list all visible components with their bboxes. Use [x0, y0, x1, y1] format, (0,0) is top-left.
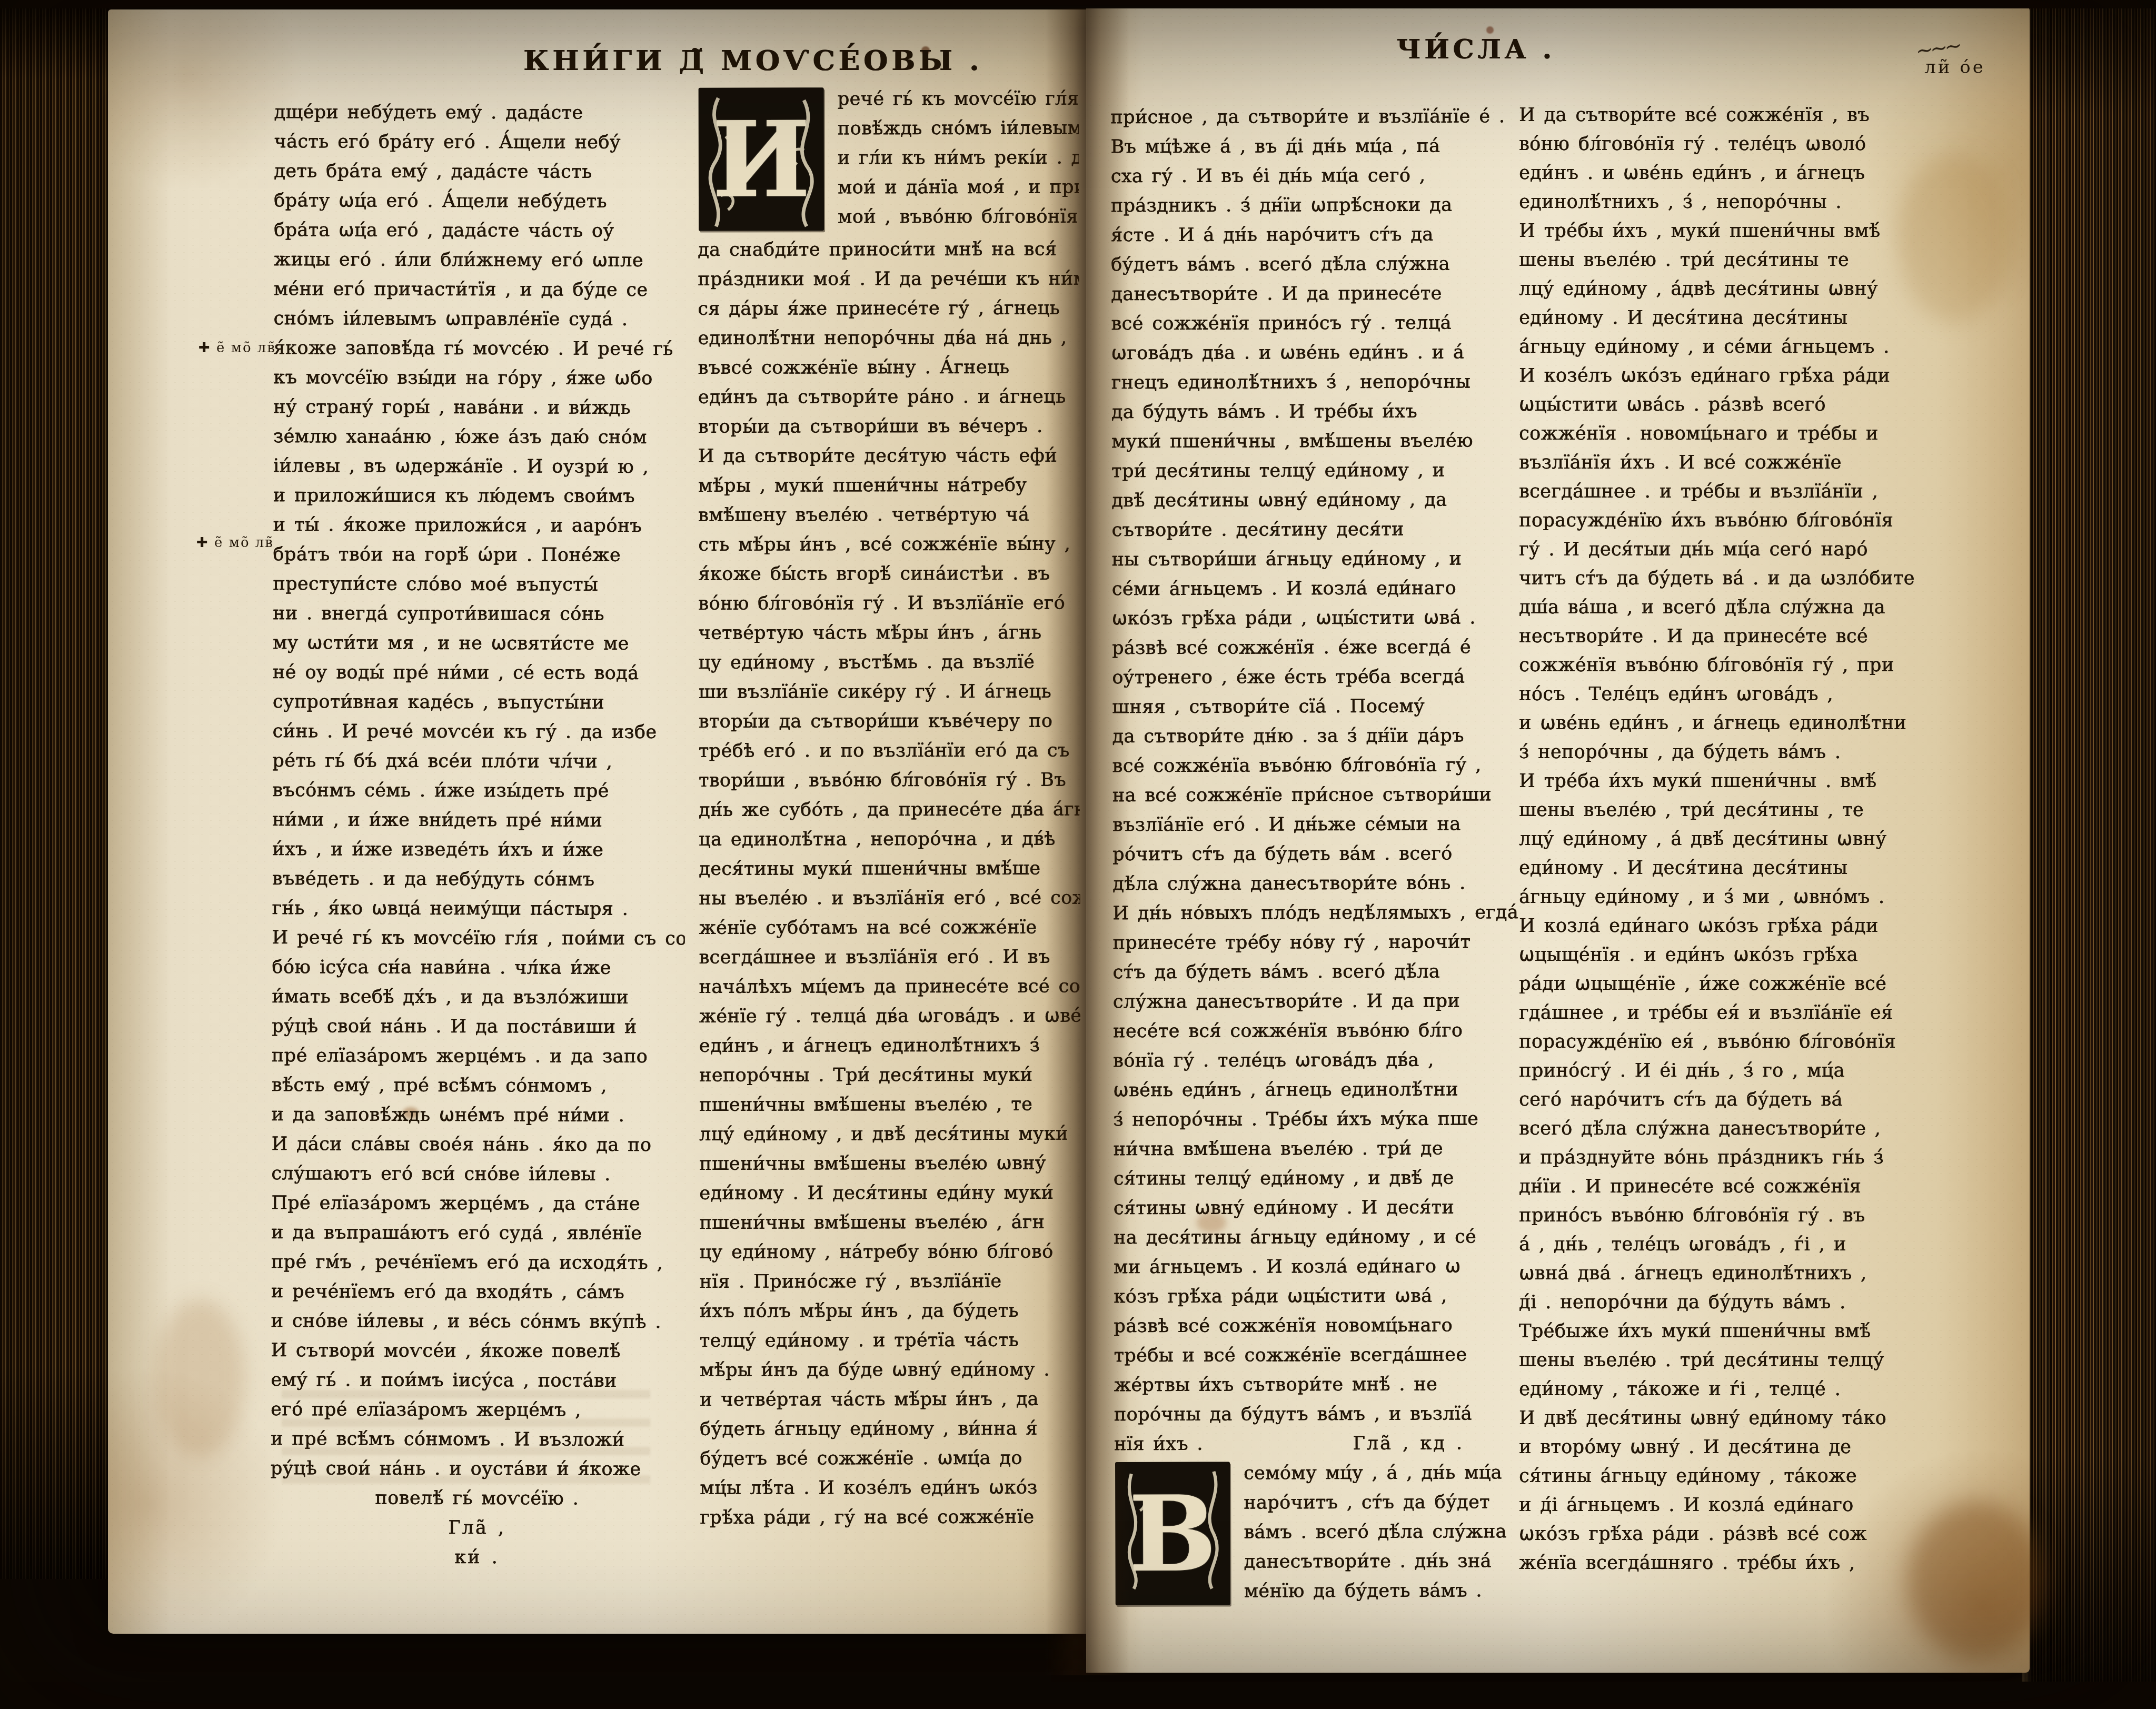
decorated-initial: И	[699, 87, 824, 231]
text-line: дн́ь же субо́ть , да принесе́те дв́а а́г…	[699, 794, 1080, 824]
background-band-bottom	[0, 1682, 2156, 1709]
text-line: еди́ному . И деся́тина деся́тины	[1519, 854, 1934, 883]
text-line: ра́ди ѡцыще́нїе , и́же сожже́нїе все́	[1519, 970, 1934, 999]
text-line: И козе́лъ ѡко́зъ еди́наго грѣ́ха ра́ди	[1519, 362, 1934, 391]
text-line: въвсе́ сожже́нїе вы́ну . А́гнець	[698, 352, 1079, 382]
text-line: да бу́дуть ва́мъ . И тре́бы и́хъ	[1111, 396, 1519, 427]
text-line: мѣ́ры , муки́ пшени́чны на́требу	[698, 470, 1079, 500]
chapter-number: ки́ .	[270, 1542, 683, 1573]
pre-chapter-text: нїя и́хъ .	[1114, 1429, 1203, 1459]
text-line: мои́ , въво́ню бл́гово́нїя ,	[838, 202, 1079, 232]
text-line: прино́съ въво́ню бл́гово́нїя гу́ . въ	[1519, 1201, 1934, 1230]
text-line: И тре́бы и́хъ , муки́ пшени́чны вмѣ́	[1519, 217, 1934, 246]
text-line: му ѡсти́ти мя , и не ѡсвяти́сте ме	[273, 628, 685, 659]
text-line: двѣ́ деся́тины ѡвну́ еди́ному , да	[1111, 485, 1519, 515]
text-line: еди́ному . И деся́тина деся́тины	[1519, 304, 1934, 333]
text-line: же́нїа всегда́шняго . тре́бы и́хъ ,	[1519, 1549, 1934, 1578]
text-line: всего́ дѣ́ла слу́жна данесътвори́те ,	[1519, 1115, 1934, 1144]
text-line: пре́ елїаза́ромъ жерце́мъ . и да запо	[272, 1041, 684, 1071]
text-line: прино́сгу́ . И е́і дн́ь , з́ го , мц́а	[1519, 1057, 1934, 1086]
text-line: И сътвори́ моѵсе́и , я́коже повелѣ́	[271, 1336, 683, 1366]
text-line: читъ ст́ъ да бу́деть ва́ . и да ѡзло́бит…	[1519, 564, 1934, 593]
text-line: же́нїе субо́тамъ на все́ сожже́нїе	[699, 912, 1080, 942]
text-line: сего́ наро́читъ ст́ъ да бу́деть ва́	[1519, 1086, 1934, 1115]
text-lines: семо́му мц́у , а́ , дн́ь мц́анаро́читъ ,…	[1244, 1458, 1522, 1606]
text-lines: рече́ гь́ къ моѵсе́їю гл́я , заповѣ́ждь …	[838, 84, 1079, 232]
text-line: и ѡве́нь еди́нъ , и а́гнець единолѣ́тни	[1519, 709, 1934, 738]
text-line: и пре́ всѣ́мъ со́нмомъ . И възложи́	[271, 1424, 683, 1455]
text-line: ны въеле́ю . и възлїа́нїя его́ , все́ со…	[699, 883, 1080, 913]
text-line: мѣ́ры и́нъ да бу́де ѡвну́ еди́ному .	[700, 1355, 1081, 1385]
text-line: я́коже бы́сть вгорѣ́ сина́истѣи . въ	[698, 559, 1079, 589]
text-line: ва́мъ . всего́ дѣ́ла слу́жна	[1244, 1517, 1522, 1547]
text-line: поро́чны да бу́дутъ ва́мъ , и възлїа́	[1114, 1399, 1522, 1429]
text-line: и пра́зднуйте во́нь пра́здникъ гн́ь з́	[1519, 1144, 1934, 1173]
text-line: И тре́ба и́хъ муки́ пшени́чны . вмѣ́	[1519, 767, 1934, 796]
text-column-left-1: дще́ри небу́деть ему́ . дада́стеча́сть е…	[270, 97, 687, 1573]
text-line: ему́ гь́ . и пои́мъ іису́са , поста́ви	[271, 1365, 683, 1396]
text-line: лцу́ еди́ному , а́ двѣ́ деся́тины ѡвну́	[1519, 825, 1934, 854]
text-line: ре́ть гь́ бъ́ дха́ все́и пло́ти чл́чи ,	[272, 746, 685, 777]
text-line: пшени́чны вмѣ́шены въеле́ю , а́гн	[699, 1207, 1080, 1237]
text-line: сно́мъ іи́левымъ ѡправле́нїе суда́ .	[273, 304, 686, 334]
text-line: и четве́ртая ча́сть мѣ́ры и́нъ , да	[700, 1384, 1081, 1414]
text-line: телцу́ еди́ному . и тре́тїа ча́сть	[700, 1325, 1081, 1355]
text-line: гнецъ единолѣ́тнихъ з́ , непоро́чны	[1111, 367, 1519, 398]
text-line: вторы́и да сътвори́ши въ ве́черъ .	[698, 411, 1079, 441]
text-line: да снабди́те приноси́ти мнѣ́ на вся́	[698, 234, 1079, 264]
text-line: бо́ю ісу́са сн́а нави́на . чл́ка и́же	[272, 952, 684, 983]
text-line: шняя , сътвори́те сїа́ . Посему́	[1112, 691, 1519, 722]
text-line: лцу́ еди́ному , и двѣ́ деся́тины муки́	[699, 1119, 1080, 1149]
text-line: дѣ́ла слу́жна данесътвори́те во́нь .	[1112, 868, 1520, 899]
text-line: и да заповѣ́ждь ѡне́мъ пре́ ни́ми .	[272, 1100, 684, 1130]
text-line: да сътвори́те дн́ю . за з́ дн́їи да́ръ	[1112, 721, 1519, 751]
text-line: несе́те вся́ сожже́нїя въво́ню бл́го	[1113, 1016, 1521, 1046]
text-line: ру́цѣ свои́ на́нь . и оуста́ви и́ я́коже	[271, 1454, 683, 1484]
page-edges-right	[2022, 0, 2156, 1687]
text-line: И рече́ гь́ къ моѵсе́їю гл́я , пои́ми съ…	[272, 923, 684, 953]
text-line: рече́ гь́ къ моѵсе́їю гл́я , за	[838, 84, 1079, 114]
text-line: цу еди́ному , въстѣ́мь . да възлїе́	[698, 647, 1079, 677]
text-line: все́ сожже́нїа въво́ню бл́гово́нїа гу́ ,	[1112, 750, 1519, 781]
text-line: супроти́вная каде́сь , въпусты́ни	[273, 687, 685, 718]
text-line: и приложи́шися къ лю́демъ свои́мъ	[273, 481, 686, 511]
text-line: къ моѵсе́їю взы́ди на го́ру , я́же ѡбо	[273, 363, 686, 393]
folio-mark: ли̃ о́е	[1897, 57, 2013, 78]
text-line: вторы́и да сътвори́ши къве́черу по	[699, 706, 1080, 736]
text-line: во́нїа гу́ . теле́цъ ѡгова́дъ дв́а ,	[1113, 1045, 1521, 1076]
text-line: четве́ртую ча́сть мѣ́ры и́нъ , а́гнь	[698, 618, 1079, 648]
text-line: ра́звѣ все́ сожже́нїя новомц́ьнаго	[1114, 1310, 1521, 1341]
text-line: три́ деся́тины телцу́ еди́ному , и	[1111, 455, 1519, 486]
text-line: И да́си сла́вы свое́я на́нь . я́ко да по	[271, 1129, 684, 1160]
text-line: д́і . непоро́чни да бу́дуть ва́мъ .	[1519, 1288, 1934, 1317]
text-line: тре́бы и все́ сожже́нїе всегда́шнее	[1114, 1340, 1521, 1370]
text-line: ро́читъ ст́ъ да бу́деть ва́м . всего́	[1112, 839, 1520, 869]
text-line: сха гу́ . И въ е́і дн́ь мц́а сего́ ,	[1111, 161, 1518, 191]
text-line: всегда́шнее . и тре́бы и възлїа́нїи ,	[1519, 478, 1934, 506]
text-line: възлїа́нїя и́хъ . И все́ сожже́нїе	[1519, 449, 1934, 478]
text-line: наро́читъ , ст́ъ да бу́дет	[1244, 1487, 1522, 1517]
text-line: при́сное , да сътвори́те и възлїа́нїе е́…	[1110, 102, 1518, 132]
text-line: въве́деть . и да небу́дуть со́нмъ	[272, 864, 685, 895]
paper-stain	[155, 1299, 245, 1457]
text-line: единолѣ́тнихъ , з́ , непоро́чны .	[1519, 188, 1934, 217]
text-line: на деся́тины а́гньцу еди́ному , и се́	[1114, 1222, 1521, 1253]
text-column-right-1: при́сное , да сътвори́те и възлїа́нїе е́…	[1110, 102, 1522, 1609]
text-line: и да въпраша́ютъ его́ суда́ , явле́нїе	[271, 1218, 684, 1248]
chapter-heading-row: нїя и́хъ . Гла̃ , кд .	[1114, 1428, 1522, 1459]
text-line: его́ пре́ елїаза́ромъ жерце́мъ ,	[271, 1395, 683, 1425]
initial-letter: В	[1115, 1462, 1230, 1605]
text-line: а́ , дн́ь , теле́цъ ѡгова́дъ , ѓі , и	[1519, 1230, 1934, 1259]
running-header-right: ЧИ́СЛА .	[1313, 34, 1639, 65]
text-line: ра́звѣ все́ сожже́нїя . е́же всегда́ е́	[1112, 632, 1519, 663]
text-line: преступи́сте сло́во мое́ въпусты́	[273, 569, 685, 600]
text-line: ко́зъ грѣ́ха ра́ди ѡцы́стити ѡва́ ,	[1114, 1281, 1521, 1311]
text-line: ся́тины ѡвну́ еди́ному . И деся́ти	[1114, 1193, 1521, 1223]
text-line: възлїа́нїе его́ . И дн́ьже се́мыи на	[1112, 809, 1520, 840]
text-line: з́ непоро́чны . Тре́бы и́хъ му́ка пше	[1113, 1104, 1521, 1135]
text-line: шены въеле́ю , три́ деся́тины , те	[1519, 796, 1934, 825]
text-line: Въ мц́ѣже а́ , въ д́і дн́ь мц́а , па́	[1110, 131, 1518, 162]
text-line: пораcужде́нїю ея́ , въво́ню бл́гово́нїя	[1519, 1028, 1934, 1057]
text-line: мои́ и да́нїа моя́ , и прино́си	[838, 172, 1079, 202]
text-line: дн́їи . И принесе́те все́ сожже́нїя	[1519, 1173, 1934, 1201]
text-line: ст́ъ да бу́деть ва́мъ . всего́ дѣ́ла	[1113, 957, 1521, 987]
text-lines: И да сътвори́те все́ сожже́нїя , въво́ню…	[1519, 101, 1934, 1578]
text-line: ѡцыще́нїя . и еди́нъ ѡко́зъ грѣ́ха	[1519, 941, 1934, 970]
text-line: и́хъ по́лъ мѣ́ры и́нъ , да бу́деть	[700, 1296, 1081, 1326]
text-line: ни́ми , и и́же вни́деть пре́ ни́ми	[272, 805, 685, 836]
text-line: пра́здники моя́ . И да рече́ши къ ни́м	[698, 264, 1079, 294]
text-line: зе́млю ханаа́ню , ю́же а́зъ даю́ сно́м	[273, 422, 686, 452]
text-line: бра́та ѡц́а его́ , дада́сте ча́сть оу́	[274, 215, 687, 246]
text-line: дш́а ва́ша , и всего́ дѣ́ла слу́жна да	[1519, 593, 1934, 622]
text-line: и́хъ , и и́же изведе́ть и́хъ и и́же	[272, 834, 685, 865]
text-line: ши възлїа́нїе сике́ру гу́ . И а́гнець	[699, 677, 1080, 707]
text-line: И да сътвори́те все́ сожже́нїя , въ	[1519, 101, 1934, 130]
text-line: ѡко́зъ грѣ́ха ра́ди , ѡцы́стити ѡва́ .	[1112, 603, 1519, 633]
text-line: Пре́ елїаза́ромъ жерце́мъ , да ста́не	[271, 1188, 684, 1219]
text-line: не́ оу воды́ пре́ ни́ми , се́ есть вода́	[273, 658, 685, 688]
text-line: несътвори́те . И да принесе́те все́	[1519, 622, 1934, 651]
text-line: я́коже заповѣ́да гь́ моѵсе́ю . И рече́ г…	[273, 333, 686, 364]
text-line: ну́ страну́ горы́ , нава́ни . и ви́ждь	[273, 392, 686, 423]
text-line: и д́і а́гньцемъ . И козла́ еди́наго	[1519, 1491, 1934, 1520]
text-line: И козла́ еди́наго ѡко́зъ грѣ́ха ра́ди	[1519, 912, 1934, 941]
text-line: жицы его́ . и́ли бли́жнему его́ ѡпле	[274, 245, 687, 275]
text-line: повѣ́ждь сно́мъ іи́левым ,	[838, 113, 1079, 143]
text-line: ся да́ры я́же принесе́те гу́ , а́гнець	[698, 293, 1079, 323]
text-line: ру́цѣ свои́ на́нь . И да поста́виши и́	[272, 1011, 684, 1042]
text-line: же́нїе гу́ . телца́ дв́а ѡгова́дъ . и ѡв…	[699, 1001, 1080, 1031]
text-line: ны сътвори́ши а́гньцу еди́ному , и	[1111, 544, 1519, 574]
text-line: на все́ сожже́нїе при́сное сътвори́ши	[1112, 780, 1520, 810]
text-line: и гл́и къ ни́мъ рекі́и . да́рове	[838, 143, 1079, 173]
text-line: и второ́му ѡвну́ . И деся́тина де	[1519, 1433, 1934, 1462]
text-line: гда́шнее , и тре́бы ея́ и възлїа́нїе ея́	[1519, 999, 1934, 1028]
text-line: вѣ́сть ему́ , пре́ всѣ́мъ со́нмомъ ,	[272, 1070, 684, 1101]
text-line: ѡгова́дъ дв́а . и ѡве́нь еди́нъ . и а́	[1111, 337, 1518, 368]
text-line: шены въеле́ю . три́ деся́тины телцу́	[1519, 1346, 1934, 1375]
text-line: муки́ пшени́чны , вмѣ́шены въеле́ю	[1111, 426, 1519, 456]
text-line: іи́левы , въ ѡдержа́нїе . И оузри́ ю ,	[273, 451, 686, 482]
text-line: еди́ному , та́коже и ѓі , телце́ .	[1519, 1375, 1934, 1404]
text-line: ся́тины а́гньцу еди́ному , та́коже	[1519, 1462, 1934, 1491]
text-line: а́гньцу еди́ному , и з́ ми , ѡвно́мъ .	[1519, 883, 1934, 912]
running-header-left: КНИ́ГИ Д̃ МОѴСЕ́ОВЫ .	[476, 44, 1029, 77]
text-line: грѣ́ха ра́ди , гу́ на все́ сожже́нїе	[700, 1502, 1081, 1532]
text-line: ся́тины телцу́ еди́ному , и двѣ́ де	[1114, 1163, 1521, 1194]
text-line: единолѣ́тни непоро́чны дв́а на́ днь ,	[698, 323, 1079, 353]
text-line: слу́жна данесътвори́те . И да при	[1113, 986, 1521, 1017]
right-page: ЧИ́СЛА . ∼∼∼ ли̃ о́е при́сное , да сътво…	[1086, 6, 2030, 1673]
text-line: я́сте . И а́ дн́ь наро́читъ ст́ъ да	[1111, 220, 1518, 250]
text-line: И дн́ь но́выхъ пло́дъ недѣ́лямыхъ , егда…	[1112, 898, 1520, 928]
text-line: а́гньцу еди́ному , и се́ми а́гньцемъ .	[1519, 333, 1934, 362]
text-line: Тре́быже и́хъ муки́ пшени́чны вмѣ́	[1519, 1317, 1934, 1346]
text-line: ѡвна́ два́ . а́гнецъ единолѣ́тнихъ ,	[1519, 1259, 1934, 1288]
text-line: нїя . Прино́сже гу́ , възлїа́нїе	[700, 1266, 1081, 1296]
text-line: лцу́ еди́ному , а́двѣ деся́тины ѡвну́	[1519, 275, 1934, 304]
initial-letter: И	[699, 87, 824, 231]
text-line: сътвори́те . деся́тину деся́ти	[1111, 514, 1519, 545]
decorated-initial: В	[1115, 1462, 1230, 1605]
text-line: ни . внегда́ супроти́вишася со́нь	[273, 599, 685, 629]
text-line: пораcужде́нїю и́хъ въво́ню бл́гово́нїя	[1519, 506, 1934, 535]
text-line: нача́лѣхъ мц́емъ да принесе́те все́ сож	[699, 971, 1080, 1001]
text-line: твори́ши , въво́ню бл́гово́нїя гу́ . Въ	[699, 765, 1080, 795]
text-line: пре́ гм́ъ , рече́нїемъ его́ да исходя́ть…	[271, 1247, 684, 1278]
text-line: и́мать всебѣ́ дх́ъ , и да възло́жиши	[272, 982, 684, 1012]
text-line: слу́шаютъ его́ вси́ сно́ве іи́левы .	[271, 1159, 684, 1189]
text-line: гн́ь , я́ко ѡвца́ неиму́щи па́стыря .	[272, 893, 685, 924]
text-line: тре́бѣ его́ . и по възлїа́нїи его́ да съ	[699, 736, 1080, 766]
text-line: сть мѣ́ры и́нъ , все́ сожже́нїе вы́ну ,	[698, 529, 1079, 559]
text-line: си́нь . И рече́ моѵсе́и къ гу́ . да избе	[272, 717, 685, 747]
text-column-right-2: И да сътвори́те все́ сожже́нїя , въво́ню…	[1519, 101, 1934, 1578]
margin-note: ✚ е̃ мо̃ лв̃	[196, 535, 274, 551]
text-line: бу́деть а́гньцу еди́ному , ви́нна я́	[700, 1414, 1081, 1444]
text-line: во́ню бл́гово́нїя гу́ . И възлїа́нїе его…	[698, 588, 1079, 618]
text-line: и ты́ . я́коже приложи́ся , и ааро́нъ	[273, 510, 685, 541]
text-line: сожже́нїя въво́ню бл́гово́нїя гу́ , при	[1519, 651, 1934, 680]
text-column-left-2: И рече́ гь́ къ моѵсе́їю гл́я , заповѣ́жд…	[698, 84, 1081, 1532]
text-line: гу́ . И деся́тыи дн́ь мц́а сего́ наро́	[1519, 535, 1934, 564]
text-line: данесътвори́те . дн́ь зна́	[1244, 1546, 1522, 1576]
paper-stain	[1486, 26, 1494, 34]
text-line: во́ню бл́гово́нїя гу́ . теле́цъ ѡволо́	[1519, 130, 1934, 159]
text-line: непоро́чны . Три́ деся́тины муки́	[699, 1060, 1080, 1090]
text-line: ми а́гньцемъ . И козла́ еди́наго ѡ	[1114, 1251, 1521, 1282]
text-line: принесе́те тре́бу но́ву гу́ , нарочи́т	[1112, 927, 1520, 958]
text-lines: да снабди́те приноси́ти мнѣ́ на вся́пра́…	[698, 234, 1081, 1532]
text-line: И двѣ́ деся́тины ѡвну́ еди́ному та́ко	[1519, 1404, 1934, 1433]
text-line: бра́ту ѡц́а его́ . А́щели небу́деть	[274, 186, 687, 216]
text-line: вмѣ́шену въеле́ю . четве́ртую ча́	[698, 500, 1079, 530]
book-photo: КНИ́ГИ Д̃ МОѴСЕ́ОВЫ . ✚ е̃ мо̃ лв̃ ✚ е̃ …	[0, 0, 2156, 1709]
text-line: деть бра́та ему́ , дада́сте ча́сть	[274, 156, 687, 187]
text-line: мц́ы лѣ́та . И козе́лъ еди́нъ ѡко́з	[700, 1473, 1081, 1503]
text-line: все́ сожже́нїя прино́съ гу́ . телца́	[1111, 308, 1518, 339]
text-line: еди́нъ . и ѡве́нь еди́нъ , и а́гнецъ	[1519, 159, 1934, 188]
text-line: цу еди́ному , на́требу во́ню бл́гово́	[699, 1237, 1080, 1267]
text-line: ме́ни его́ причасти́тїя , и да бу́де се	[274, 274, 687, 305]
text-line: же́ртвы и́хъ сътвори́те мнѣ́ . не	[1114, 1369, 1522, 1400]
text-line: пра́здникъ . з́ дн́їи ѡпрѣ́сноки да	[1111, 190, 1518, 221]
text-line: пшени́чны вмѣ́шены въеле́ю ѡвну́	[699, 1148, 1080, 1178]
text-line: и рече́нїемъ его́ да входя́ть , са́мъ	[271, 1277, 684, 1307]
text-line: шены въеле́ю . три́ деся́тины те	[1519, 246, 1934, 275]
text-line: пшени́чны вмѣ́шены въеле́ю , те	[699, 1089, 1080, 1119]
margin-note: ✚ е̃ мо̃ лв̃	[198, 340, 276, 356]
text-line: данесътвори́те . И да принесе́те	[1111, 279, 1518, 309]
text-line: ѡцы́стити ѡва́сь . ра́звѣ всего́	[1519, 391, 1934, 420]
text-lines: при́сное , да сътвори́те и възлїа́нїе е́…	[1110, 102, 1522, 1429]
text-line: семо́му мц́у , а́ , дн́ь мц́а	[1244, 1458, 1522, 1488]
page-edges-left	[0, 7, 110, 1579]
text-line: бу́детъ ва́мъ . всего́ дѣ́ла слу́жна	[1111, 249, 1518, 280]
text-line: въсо́нмъ се́мь . и́же изы́деть пре́	[272, 776, 685, 806]
closing-line: повелѣ́ гь́ моѵсе́їю .	[271, 1483, 683, 1514]
text-line: сожже́нїя . новомц́ьнаго и тре́бы и	[1519, 420, 1934, 449]
text-line: еди́ному . И деся́тины еди́ну муки́	[699, 1178, 1080, 1208]
text-line: ца единолѣ́тна , непоро́чна , и дв́ѣ	[699, 824, 1080, 854]
text-line: еди́нъ да сътвори́те ра́но . и а́гнець	[698, 382, 1079, 412]
text-lines: дще́ри небу́деть ему́ . дада́стеча́сть е…	[271, 97, 687, 1484]
text-line: но́съ . Теле́цъ еди́нъ ѡгова́дъ ,	[1519, 680, 1934, 709]
text-line: деся́тины муки́ пшени́чны вмѣ́ше	[699, 853, 1080, 883]
text-line: ни́чна вмѣ́шена въеле́ю . три́ де	[1113, 1134, 1521, 1164]
text-line: бра́тъ тво́и на горѣ́ ѡ́ри . Поне́же	[273, 540, 685, 570]
chapter-label: Гла̃ ,	[270, 1513, 683, 1543]
text-line: ѡко́зъ грѣ́ха ра́ди . ра́звѣ все́ сож	[1519, 1520, 1934, 1549]
text-line: всегда́шнее и възлїа́нїя его́ . И въ	[699, 942, 1080, 972]
text-line: оу́тренего , е́же е́сть тре́ба всегда́	[1112, 662, 1519, 692]
text-line: ча́сть его́ бра́ту его́ . А́щели небу́	[274, 127, 687, 157]
background-band-top	[0, 0, 2156, 8]
text-line: ѡве́нь еди́нъ , а́гнець единолѣ́тни	[1113, 1075, 1521, 1105]
text-line: И да сътвори́те деся́тую ча́сть ефи́	[698, 441, 1079, 471]
left-page: КНИ́ГИ Д̃ МОѴСЕ́ОВЫ . ✚ е̃ мо̃ лв̃ ✚ е̃ …	[108, 9, 1086, 1634]
text-line: и сно́ве іи́левы , и ве́сь со́нмъ вку́пѣ…	[271, 1306, 684, 1337]
text-line: еди́нъ , и а́гнецъ единолѣ́тнихъ з́	[699, 1030, 1080, 1060]
text-line: дще́ри небу́деть ему́ . дада́сте	[274, 97, 687, 128]
text-line: бу́детъ все́ сожже́нїе . ѡмц́а до	[700, 1443, 1081, 1473]
chapter-heading: Гла̃ , кд .	[1353, 1428, 1464, 1458]
text-line: ме́нїю да бу́деть ва́мъ .	[1244, 1576, 1522, 1606]
text-line: се́ми а́гньцемъ . И козла́ еди́наго	[1112, 573, 1519, 604]
text-line: з́ непоро́чны , да бу́деть ва́мъ .	[1519, 738, 1934, 767]
